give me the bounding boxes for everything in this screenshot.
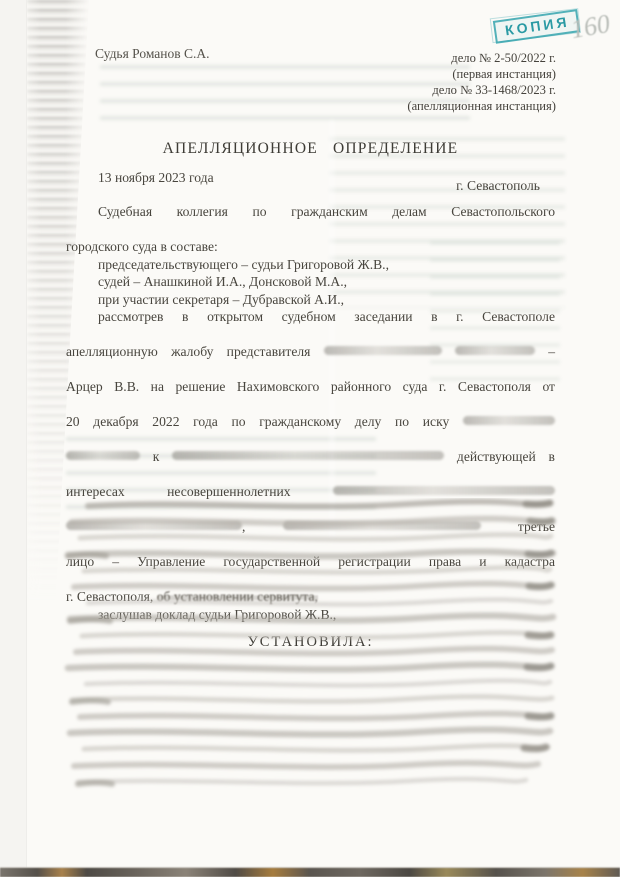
redacted-name (324, 346, 442, 355)
decision-ref-line: Арцер В.В. на решение Нахимовского район… (66, 378, 555, 413)
panel-chair-line: председательствующего – судьи Григоровой… (66, 256, 555, 274)
case-number-first-instance: дело № 2-50/2022 г. (407, 50, 556, 66)
hearing-line: рассмотрев в открытом судебном заседании… (66, 308, 555, 343)
redacted-name (66, 451, 140, 460)
scan-bottom-edge (0, 867, 620, 877)
redacted-body-smudge (58, 498, 562, 808)
case-date-line: 20 декабря 2022 года по гражданскому дел… (66, 413, 555, 448)
minors-text: интересах (66, 484, 125, 499)
document-date: 13 ноября 2023 года (98, 170, 214, 186)
redacted-name (463, 416, 555, 425)
parties-text: действующей в (457, 449, 555, 464)
panel-intro-line: Судебная коллегия по гражданским делам С… (66, 203, 555, 238)
minors-text: несовершеннолетних (167, 484, 290, 499)
redacted-name (172, 451, 444, 460)
scanned-court-document-page: { "stamp": {"label": "КОПИЯ"}, "handwrit… (0, 0, 620, 877)
panel-secretary-line: при участии секретаря – Дубравской А.И., (66, 291, 555, 309)
parties-line: к действующей в (66, 448, 555, 483)
appeal-line-text: апелляционную жалобу представителя (66, 344, 310, 359)
first-instance-label: (первая инстанция) (407, 66, 556, 82)
dash: – (548, 344, 555, 359)
judge-name: Судья Романов С.А. (95, 46, 210, 62)
copy-stamp-label: КОПИЯ (504, 13, 570, 38)
document-city: г. Севастополь (456, 178, 540, 194)
redacted-name (455, 346, 535, 355)
panel-judges-line: судей – Анашкиной И.А., Донсковой М.А., (66, 273, 555, 291)
parties-text: к (153, 449, 160, 464)
panel-intro-line: городского суда в составе: (66, 238, 555, 256)
case-numbers-block: дело № 2-50/2022 г. (первая инстанция) д… (407, 50, 556, 114)
case-number-appeal-instance: дело № 33-1468/2023 г. (407, 82, 556, 98)
case-date-text: 20 декабря 2022 года по гражданскому дел… (66, 414, 449, 429)
smudge-strokes (58, 498, 562, 808)
appeal-instance-label: (апелляционная инстанция) (407, 98, 556, 114)
redacted-name (333, 486, 555, 495)
appeal-line: апелляционную жалобу представителя – (66, 343, 555, 378)
document-title: АПЕЛЛЯЦИОННОЕ ОПРЕДЕЛЕНИЕ (66, 140, 555, 158)
